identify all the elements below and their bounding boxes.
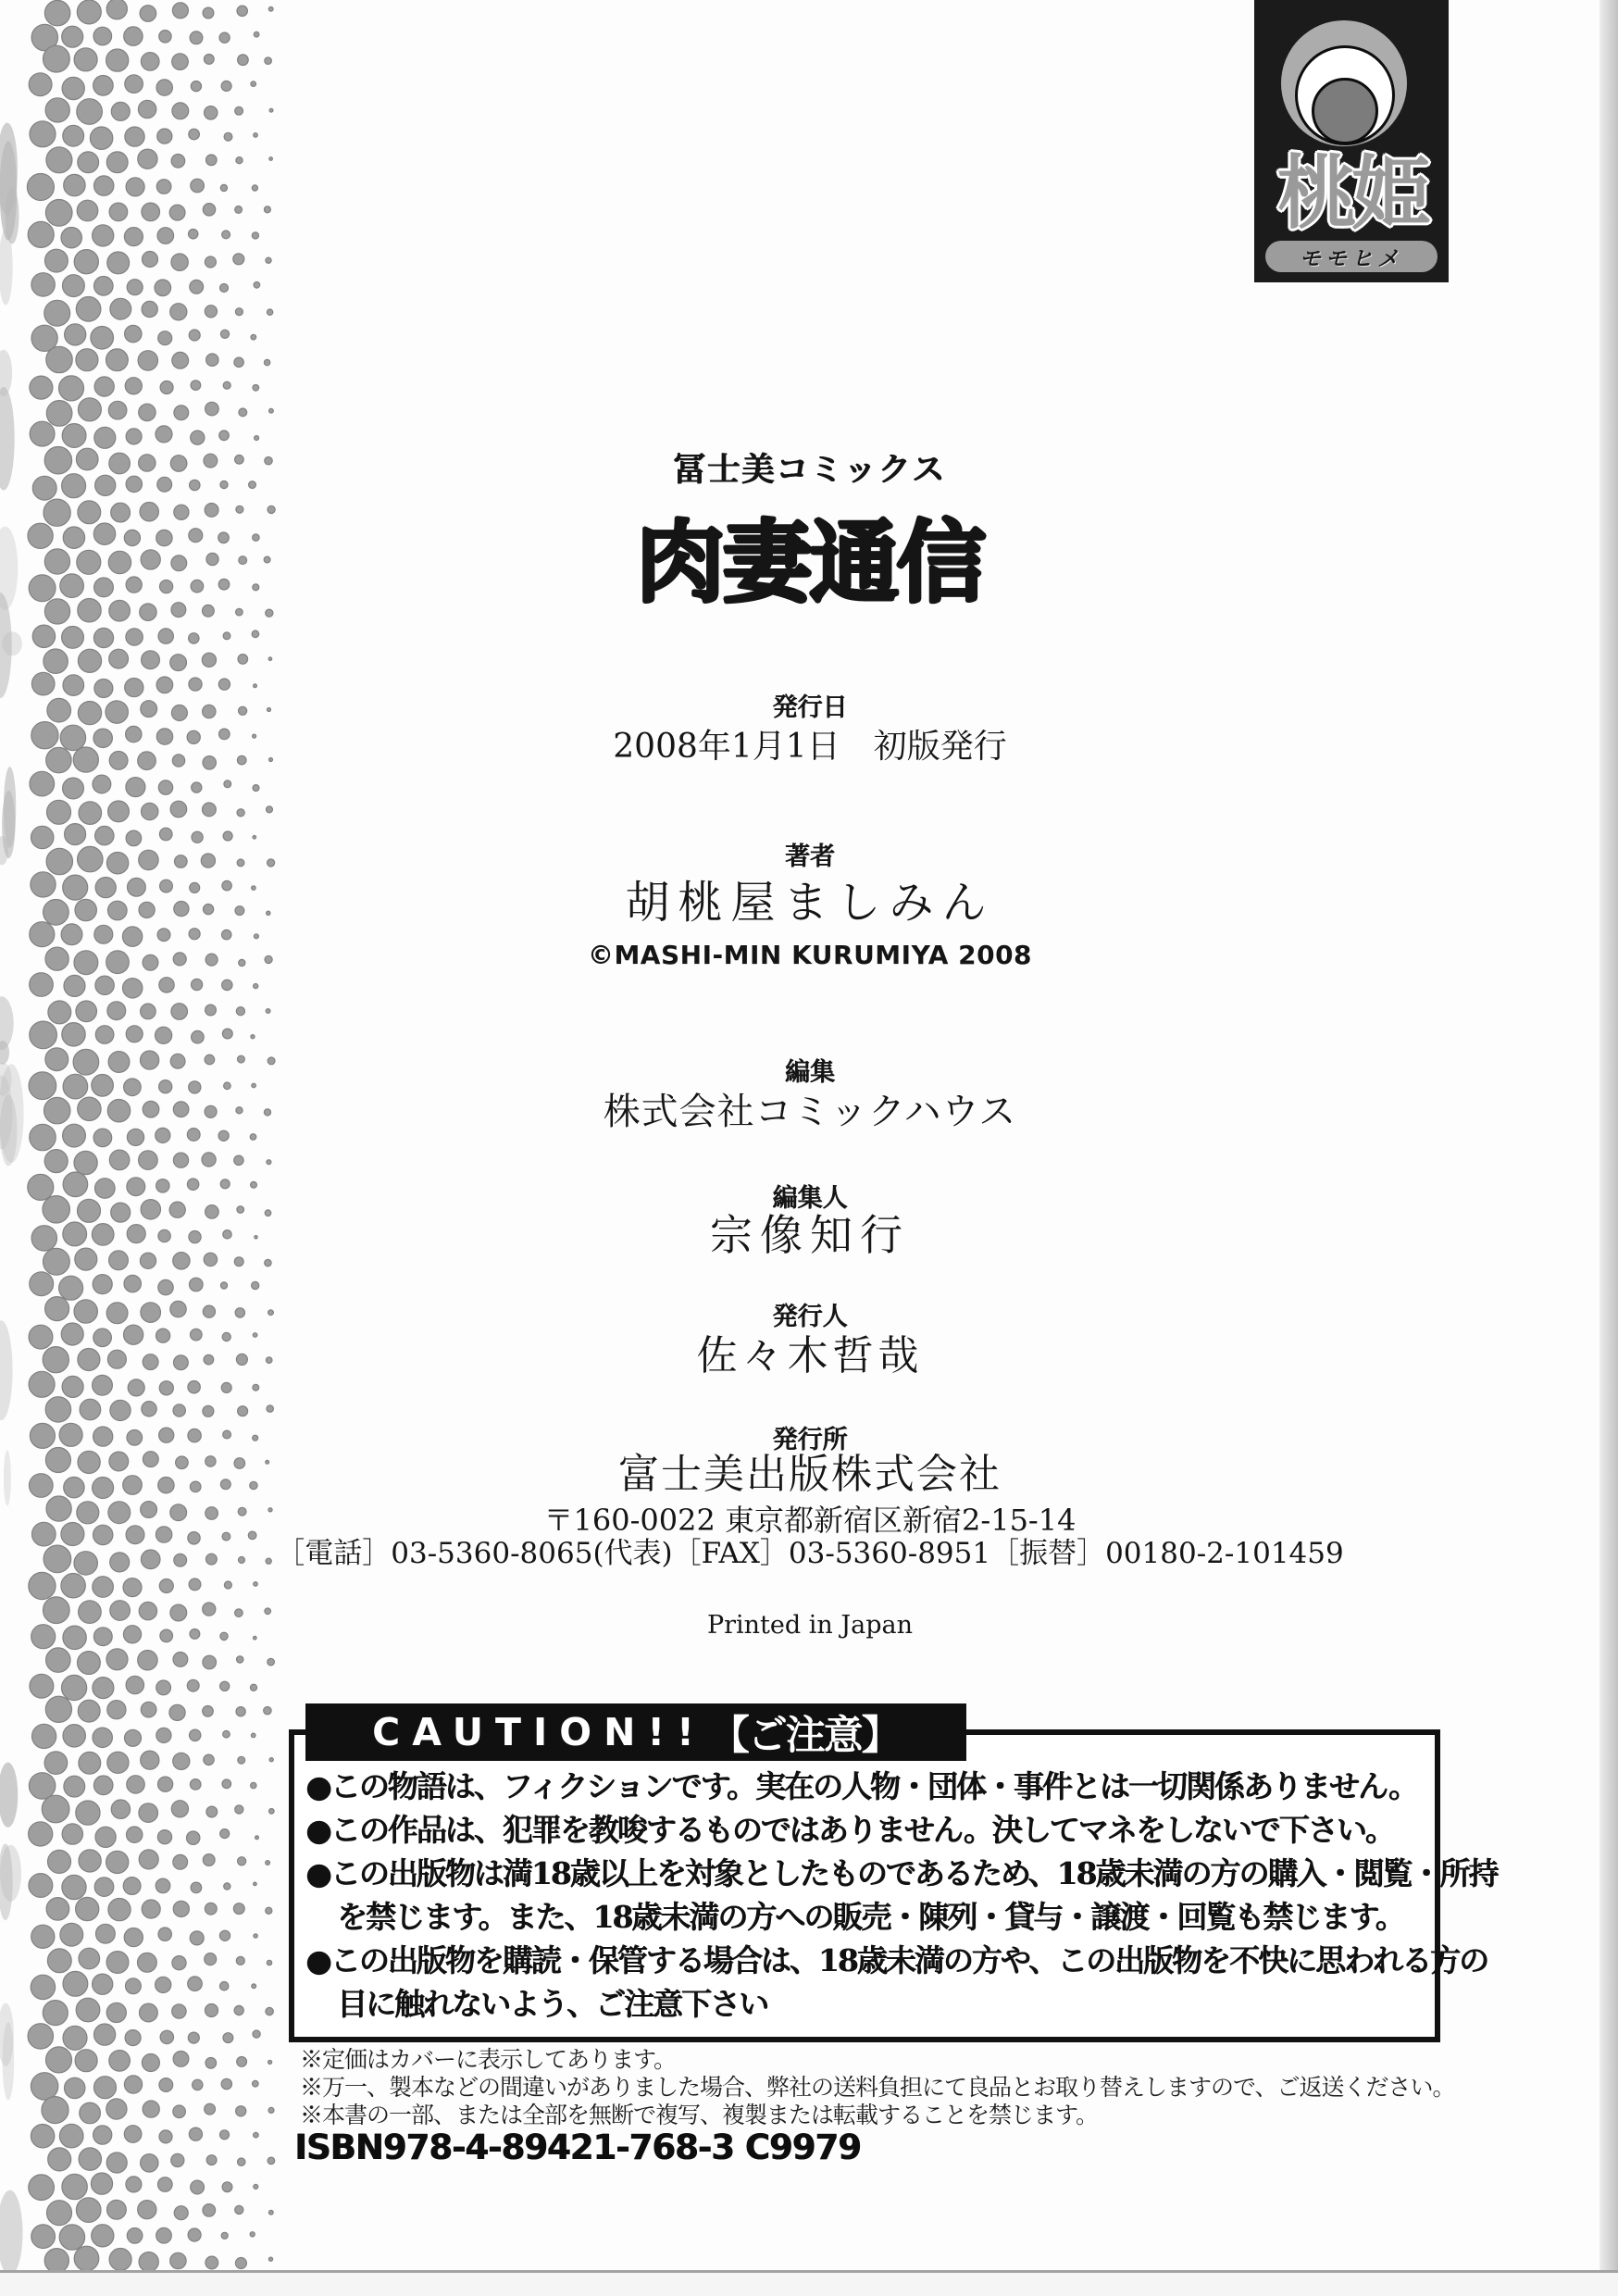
caution-line: ●この出版物を購読・保管する場合は、18歳未満の方や、この出版物を不快に思われる… xyxy=(305,1939,1421,1982)
author-name: 胡桃屋ましみん xyxy=(268,878,1351,929)
footer-notes: ※定価はカバーに表示してあります。 ※万一、製本などの間違いがありました場合、弊… xyxy=(300,2046,1455,2129)
caution-header-jp: 【ご注意】 xyxy=(710,1704,900,1761)
publish-date-label: 発行日 xyxy=(268,693,1351,722)
chief-editor-name: 宗像知行 xyxy=(268,1211,1351,1260)
caution-text: ●この物語は、フィクションです。実在の人物・団体・事件とは一切関係ありません。 … xyxy=(305,1765,1421,2026)
publish-date: 2008年1月1日 初版発行 xyxy=(268,728,1351,766)
caution-line-continuation: 目に触れないよう、ご注意下さい xyxy=(305,1982,1421,2026)
caution-line: ●この作品は、犯罪を教唆するものではありません。決してマネをしないで下さい。 xyxy=(305,1808,1421,1852)
footer-note: ※本書の一部、または全部を無断で複写、複製または転載することを禁じます。 xyxy=(300,2102,1455,2129)
logo-kanji-text: 桃姫 xyxy=(1254,150,1449,238)
editor-label: 編集 xyxy=(268,1058,1351,1087)
caution-line: ●この物語は、フィクションです。実在の人物・団体・事件とは一切関係ありません。 xyxy=(305,1765,1421,1808)
publisher-name: 佐々木哲哉 xyxy=(268,1333,1351,1380)
isbn-code: ISBN978-4-89421-768-3 C9979 xyxy=(294,2128,861,2167)
author-label: 著者 xyxy=(268,842,1351,871)
caution-header-bar: CAUTION!! 【ご注意】 xyxy=(305,1703,966,1761)
publisher-address: 〒160-0022 東京都新宿区新宿2-15-14 xyxy=(268,1504,1351,1538)
logo-kana-text: モモヒメ xyxy=(1300,242,1403,272)
printed-in-japan: Printed in Japan xyxy=(268,1611,1351,1640)
caution-line: ●この出版物は満18歳以上を対象としたものであるため、18歳未満の方の購入・閲覧… xyxy=(305,1852,1421,1895)
logo-inner-circle-icon xyxy=(1312,78,1378,144)
paper-edge-marks xyxy=(0,0,37,2296)
momohime-logo: 桃姫 モモヒメ xyxy=(1254,0,1449,282)
imprint-label: 冨士美コミックス xyxy=(268,452,1351,489)
copyright-line: ©MASHI-MIN KURUMIYA 2008 xyxy=(268,941,1351,970)
publisher-label: 発行人 xyxy=(268,1303,1351,1331)
caution-line-continuation: を禁じます。また、18歳未満の方への販売・陳列・貸与・譲渡・回覧も禁じます。 xyxy=(305,1895,1421,1939)
scan-right-shadow xyxy=(1599,0,1618,2273)
book-title: 肉妻通信 xyxy=(268,518,1351,607)
logo-kana-pill: モモヒメ xyxy=(1265,241,1438,272)
editor-name: 株式会社コミックハウス xyxy=(268,1091,1351,1133)
publisher-contact: ［電話］03-5360-8065(代表)［FAX］03-5360-8951［振替… xyxy=(268,1538,1351,1571)
scan-bottom-margin xyxy=(0,2273,1618,2296)
publishing-house-name: 富士美出版株式会社 xyxy=(268,1452,1351,1499)
colophon-page: 桃姫 モモヒメ 冨士美コミックス 肉妻通信 発行日 2008年1月1日 初版発行… xyxy=(0,0,1618,2296)
chief-editor-label: 編集人 xyxy=(268,1184,1351,1213)
footer-note: ※万一、製本などの間違いがありました場合、弊社の送料負担にて良品とお取り替えしま… xyxy=(300,2074,1455,2102)
caution-header-en: CAUTION!! xyxy=(372,1710,706,1754)
footer-note: ※定価はカバーに表示してあります。 xyxy=(300,2046,1455,2074)
